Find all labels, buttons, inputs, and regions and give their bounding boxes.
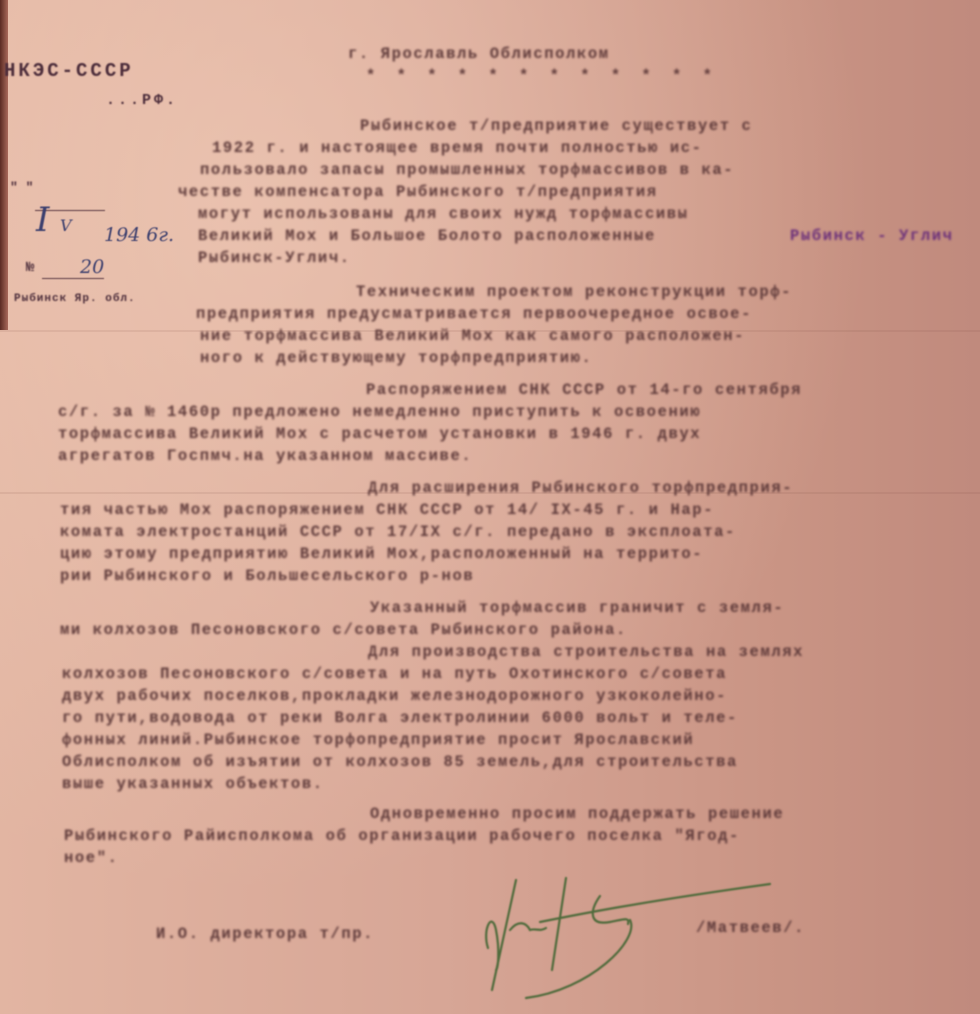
page-edge-shadow xyxy=(0,0,8,330)
handwritten-signature xyxy=(470,870,810,1010)
paragraph-4-line: комата электростанций СССР от 17/IX с/г.… xyxy=(60,522,736,543)
paragraph-6-line: го пути,водовода от реки Волга электроли… xyxy=(62,708,738,729)
number-underline xyxy=(42,278,104,279)
paragraph-4-line: Для расширения Рыбинского торфпредприя- xyxy=(368,478,793,499)
addressee-underline: * * * * * * * * * * * * xyxy=(366,66,718,87)
paragraph-4-line: цию этому предприятию Великий Мох,распол… xyxy=(60,544,703,565)
paragraph-7-line: Одновременно просим поддержать решение xyxy=(370,804,784,825)
letterhead-place: Рыбинск Яр. обл. xyxy=(14,293,136,305)
paragraph-2-line: предприятия предусматривается первоочере… xyxy=(196,304,752,325)
paragraph-4-line: тия частью Мох распоряжением СНК СССР от… xyxy=(60,500,714,521)
paragraph-6-line: двух рабочих поселков,прокладки железнод… xyxy=(62,686,727,707)
paragraph-1-line: 1922 г. и настоящее время почти полность… xyxy=(212,138,703,159)
paragraph-5-line: ми колхозов Песоновского с/совета Рыбинс… xyxy=(60,620,627,641)
letterhead-org: НКЭС-СССР xyxy=(4,60,134,82)
paragraph-4-line: рии Рыбинского и Большесельского р-нов xyxy=(60,566,474,587)
paragraph-1-line: могут использованы для своих нужд торфма… xyxy=(198,204,689,225)
paragraph-3-line: агрегатов Госпмч.на указанном массиве. xyxy=(58,446,472,467)
signatory-name: /Матвеев/. xyxy=(696,918,805,939)
date-quote: " " xyxy=(10,180,33,195)
paragraph-5-line: Указанный торфмассив граничит с земля- xyxy=(370,598,784,619)
signatory-title: И.О. директора т/пр. xyxy=(156,924,374,945)
violet-inserted-text: Рыбинск - Углич xyxy=(790,226,954,247)
paragraph-3-line: Распоряжением СНК СССР от 14-го сентября xyxy=(366,380,802,401)
paragraph-2-line: Техническим проектом реконструкции торф- xyxy=(356,282,792,303)
paragraph-7-line: Рыбинского Райисполкома об организации р… xyxy=(64,826,740,847)
paragraph-6-line: фонных линий.Рыбинское торфопредприятие … xyxy=(62,730,694,751)
number-handwritten: 20 xyxy=(80,256,104,278)
paragraph-6-line: Для производства строительства на землях xyxy=(368,642,804,663)
paragraph-3-line: с/г. за № 1460р предложено немедленно пр… xyxy=(58,402,701,423)
paragraph-1-line: Рыбинск-Углич. xyxy=(198,248,351,269)
paragraph-1-line: честве компенсатора Рыбинского т/предпри… xyxy=(178,182,658,203)
paragraph-1-line: Рыбинское т/предприятие существует с xyxy=(360,116,752,137)
paragraph-6-line: колхозов Песоновского с/совета и на путь… xyxy=(62,664,727,685)
document-photo: НКЭС-СССР ...РФ. " " I V 194 6г. № 20 Ры… xyxy=(0,0,980,1014)
number-label: № xyxy=(26,260,34,276)
paragraph-6-line: Облисполком об изъятии от колхозов 85 зе… xyxy=(62,752,738,773)
date-year: 194 6г. xyxy=(104,224,174,246)
paragraph-7-line: ное". xyxy=(64,848,119,869)
date-month-handwritten: V xyxy=(60,216,72,235)
paragraph-2-line: ние торфмассива Великий Мох как самого р… xyxy=(200,326,745,347)
paragraph-1-line: Великий Мох и Большое Болото расположенн… xyxy=(198,226,667,247)
date-day-handwritten: I xyxy=(36,200,49,240)
letterhead-org-line2: ...РФ. xyxy=(106,92,178,109)
paragraph-3-line: торфмассива Великий Мох с расчетом устан… xyxy=(58,424,701,445)
paragraph-2-line: ного к действующему торфпредприятию. xyxy=(200,348,592,369)
paragraph-6-line: выше указанных объектов. xyxy=(62,774,324,795)
paragraph-1-line: пользовало запасы промышленных торфмасси… xyxy=(200,160,734,181)
addressee: г. Ярославль Облисполком xyxy=(348,44,610,65)
